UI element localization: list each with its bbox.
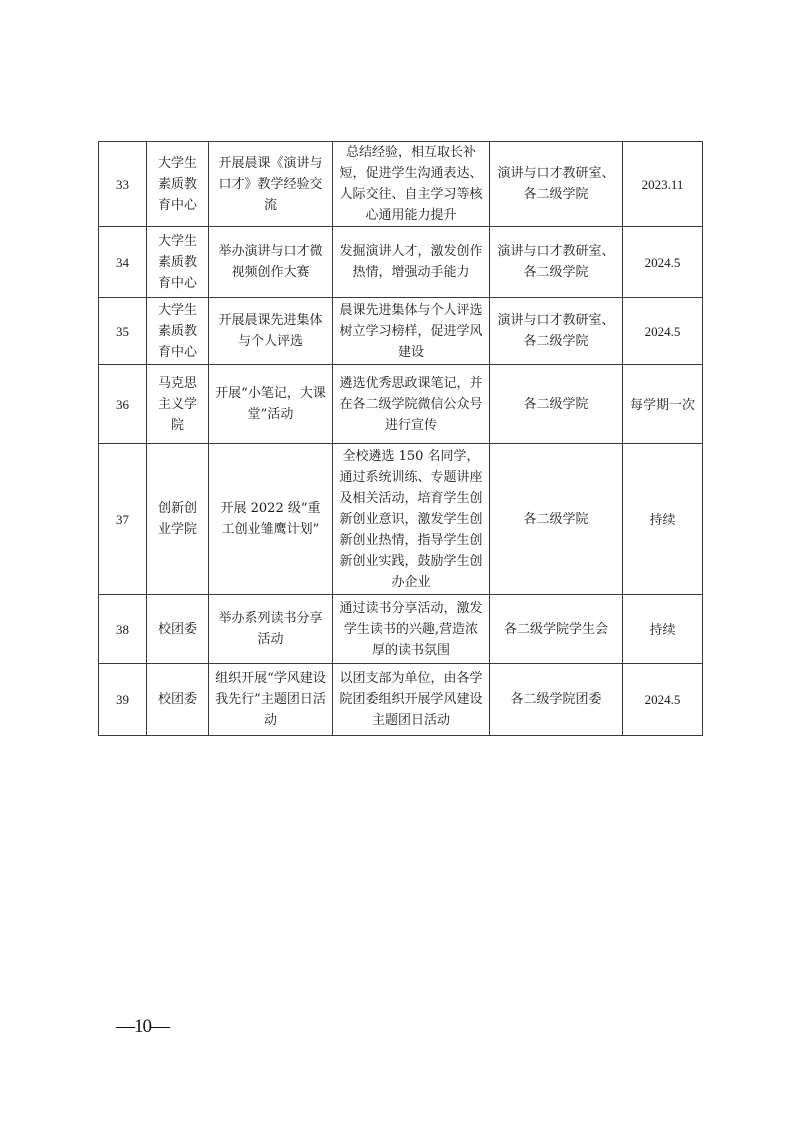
activity-goal: 晨课先进集体与个人评选树立学习榜样，促进学风建设 xyxy=(333,298,490,365)
table-row: 38 校团委 举办系列读书分享活动 通过读书分享活动，激发学生读书的兴趣,营造浓… xyxy=(99,595,703,664)
table-row: 39 校团委 组织开展“学风建设我先行”主题团日活动 以团支部为单位，由各学院团… xyxy=(99,664,703,736)
table-row: 35 大学生素质教育中心 开展晨课先进集体与个人评选 晨课先进集体与个人评选树立… xyxy=(99,298,703,365)
row-number: 34 xyxy=(99,227,147,298)
table-row: 33 大学生素质教育中心 开展晨课《演讲与口才》教学经验交流 总结经验，相互取长… xyxy=(99,142,703,227)
row-number: 35 xyxy=(99,298,147,365)
responsible-unit: 创新创业学院 xyxy=(147,444,209,595)
schedule-time: 持续 xyxy=(623,595,703,664)
responsible-unit: 大学生素质教育中心 xyxy=(147,227,209,298)
activity-goal: 以团支部为单位，由各学院团委组织开展学风建设主题团日活动 xyxy=(333,664,490,736)
participating-units: 演讲与口才教研室、各二级学院 xyxy=(490,142,623,227)
responsible-unit: 马克思主义学院 xyxy=(147,365,209,444)
activity-content: 举办系列读书分享活动 xyxy=(209,595,333,664)
activity-content: 举办演讲与口才微视频创作大赛 xyxy=(209,227,333,298)
participating-units: 演讲与口才教研室、各二级学院 xyxy=(490,298,623,365)
responsible-unit: 大学生素质教育中心 xyxy=(147,142,209,227)
table-row: 36 马克思主义学院 开展“小笔记，大课堂”活动 遴选优秀思政课笔记，并在各二级… xyxy=(99,365,703,444)
activity-goal: 遴选优秀思政课笔记，并在各二级学院微信公众号进行宣传 xyxy=(333,365,490,444)
participating-units: 各二级学院 xyxy=(490,365,623,444)
schedule-time: 2024.5 xyxy=(623,664,703,736)
row-number: 39 xyxy=(99,664,147,736)
activity-goal: 发掘演讲人才，激发创作热情，增强动手能力 xyxy=(333,227,490,298)
activity-goal: 全校遴选 150 名同学，通过系统训练、专题讲座及相关活动，培育学生创新创业意识… xyxy=(333,444,490,595)
table-row: 34 大学生素质教育中心 举办演讲与口才微视频创作大赛 发掘演讲人才，激发创作热… xyxy=(99,227,703,298)
responsible-unit: 校团委 xyxy=(147,664,209,736)
page-number: —10— xyxy=(116,1016,169,1038)
activity-content: 开展“小笔记，大课堂”活动 xyxy=(209,365,333,444)
row-number: 37 xyxy=(99,444,147,595)
activity-content: 组织开展“学风建设我先行”主题团日活动 xyxy=(209,664,333,736)
activity-goal: 总结经验，相互取长补短，促进学生沟通表达、人际交往、自主学习等核心通用能力提升 xyxy=(333,142,490,227)
row-number: 36 xyxy=(99,365,147,444)
schedule-time: 2024.5 xyxy=(623,227,703,298)
table-row: 37 创新创业学院 开展 2022 级“重工创业雏鹰计划” 全校遴选 150 名… xyxy=(99,444,703,595)
activity-content: 开展 2022 级“重工创业雏鹰计划” xyxy=(209,444,333,595)
participating-units: 演讲与口才教研室、各二级学院 xyxy=(490,227,623,298)
schedule-time: 每学期一次 xyxy=(623,365,703,444)
responsible-unit: 大学生素质教育中心 xyxy=(147,298,209,365)
participating-units: 各二级学院学生会 xyxy=(490,595,623,664)
schedule-time: 2023.11 xyxy=(623,142,703,227)
row-number: 38 xyxy=(99,595,147,664)
participating-units: 各二级学院团委 xyxy=(490,664,623,736)
schedule-time: 持续 xyxy=(623,444,703,595)
schedule-time: 2024.5 xyxy=(623,298,703,365)
participating-units: 各二级学院 xyxy=(490,444,623,595)
activity-goal: 通过读书分享活动，激发学生读书的兴趣,营造浓厚的读书氛围 xyxy=(333,595,490,664)
responsible-unit: 校团委 xyxy=(147,595,209,664)
row-number: 33 xyxy=(99,142,147,227)
activity-content: 开展晨课先进集体与个人评选 xyxy=(209,298,333,365)
activity-table: 33 大学生素质教育中心 开展晨课《演讲与口才》教学经验交流 总结经验，相互取长… xyxy=(98,141,703,736)
activity-content: 开展晨课《演讲与口才》教学经验交流 xyxy=(209,142,333,227)
